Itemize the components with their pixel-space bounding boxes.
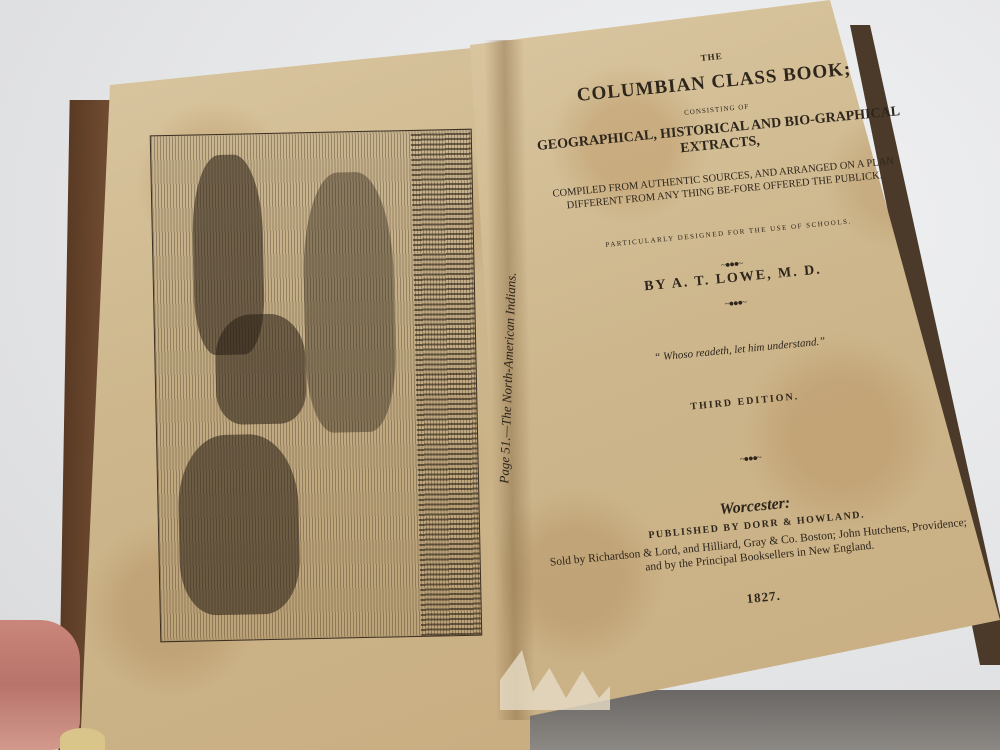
edition: THIRD EDITION. [535, 376, 954, 427]
ornament-icon [714, 291, 755, 305]
frontispiece-engraving [150, 129, 483, 643]
motto: “ Whoso readeth, let him understand.” [530, 323, 949, 375]
thumbnail [60, 728, 105, 750]
ornament-icon [711, 252, 752, 266]
publication-year: 1827. [554, 569, 974, 625]
photo-scene: Page 51.—The North-American Indians. THE… [0, 0, 1000, 750]
title-page-text: THE COLUMBIAN CLASS BOOK; CONSISTING OF … [501, 20, 978, 677]
ornament-icon [729, 446, 770, 460]
engraved-figure [215, 313, 307, 425]
engraved-ground [411, 130, 482, 636]
engraved-figure [302, 171, 397, 433]
engraved-figure [177, 433, 301, 615]
designed-for: PARTICULARLY DESIGNED FOR THE USE OF SCH… [519, 209, 938, 257]
